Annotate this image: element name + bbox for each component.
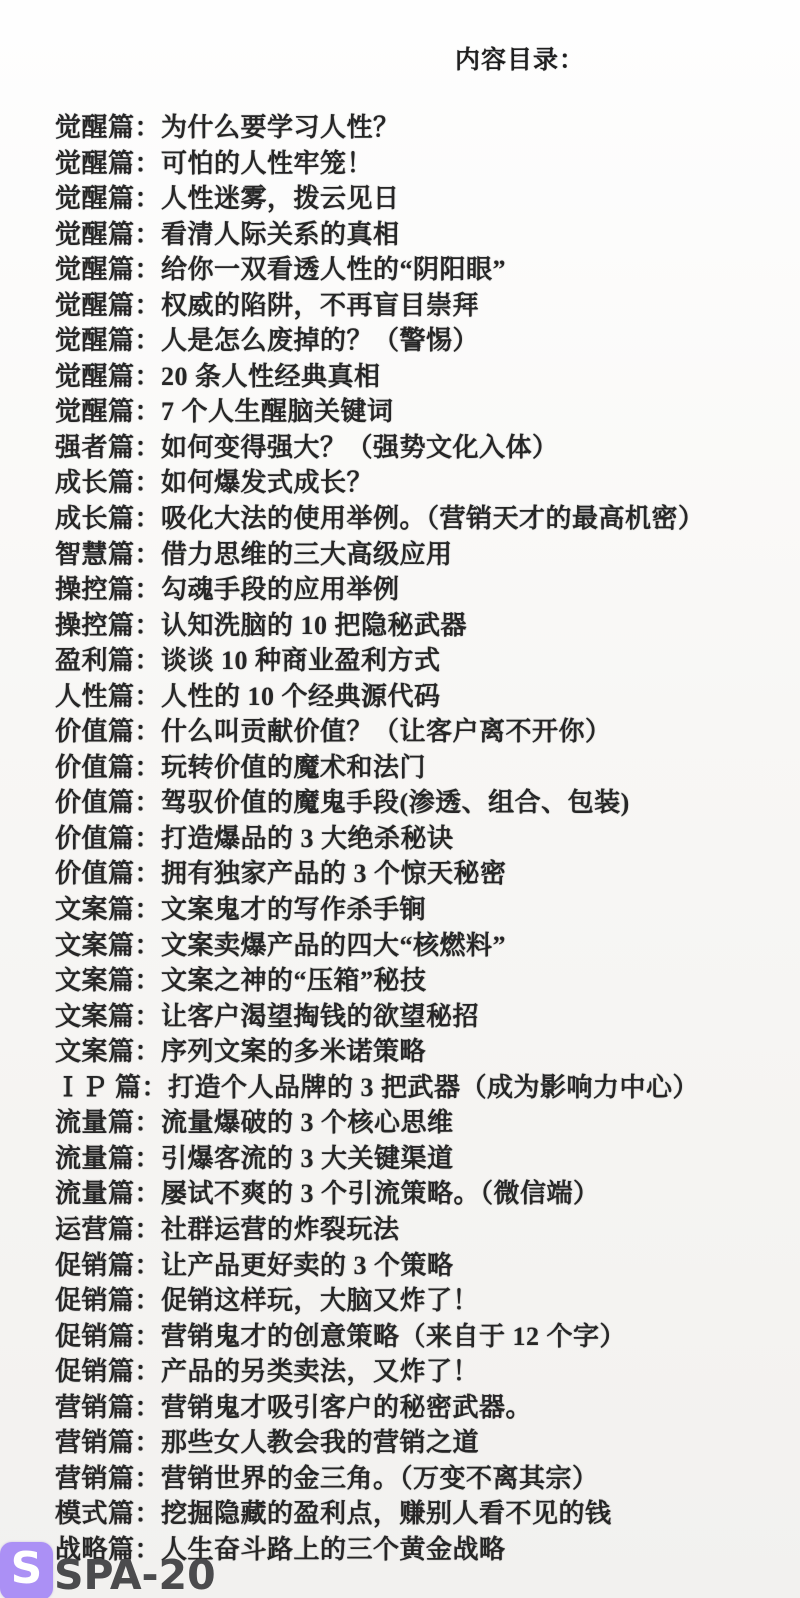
toc-entry: 文案篇：让客户渴望掏钱的欲望秘招 — [55, 999, 790, 1035]
toc-entry: 文案篇：文案之神的“压箱”秘技 — [55, 963, 790, 999]
toc-entry: 操控篇：认知洗脑的 10 把隐秘武器 — [55, 608, 790, 644]
toc-entry: 人性篇：人性的 10 个经典源代码 — [55, 679, 790, 715]
toc-entry: 促销篇：让产品更好卖的 3 个策略 — [55, 1248, 790, 1284]
toc-entry: 促销篇：产品的另类卖法，又炸了！ — [55, 1354, 790, 1390]
toc-entry: 流量篇：流量爆破的 3 个核心思维 — [55, 1105, 790, 1141]
toc-entry: 操控篇：勾魂手段的应用举例 — [55, 572, 790, 608]
toc-entry: 觉醒篇：看清人际关系的真相 — [55, 217, 790, 253]
s-logo-icon: S — [0, 1542, 53, 1598]
toc-entry: 促销篇：营销鬼才的创意策略（来自于 12 个字） — [55, 1319, 790, 1355]
s-logo-letter: S — [11, 1547, 43, 1591]
watermark-label: SPA-20 — [54, 1555, 216, 1596]
toc-entry: ＩＰ 篇：打造个人品牌的 3 把武器（成为影响力中心） — [55, 1070, 790, 1106]
watermark: S SPA-20 — [0, 1538, 300, 1598]
toc-entry: 强者篇：如何变得强大？（强势文化入体） — [55, 430, 790, 466]
toc-entry: 盈利篇：谈谈 10 种商业盈利方式 — [55, 643, 790, 679]
toc-entry: 价值篇：驾驭价值的魔鬼手段(渗透、组合、包装) — [55, 785, 790, 821]
toc-entry: 流量篇：引爆客流的 3 大关键渠道 — [55, 1141, 790, 1177]
toc-entry: 觉醒篇：人性迷雾，拨云见日 — [55, 181, 790, 217]
toc-entry: 价值篇：拥有独家产品的 3 个惊天秘密 — [55, 856, 790, 892]
toc-entry: 营销篇：营销世界的金三角。（万变不离其宗） — [55, 1461, 790, 1497]
toc-entry: 运营篇：社群运营的炸裂玩法 — [55, 1212, 790, 1248]
toc-entry: 文案篇：序列文案的多米诺策略 — [55, 1034, 790, 1070]
toc-entry: 觉醒篇：为什么要学习人性？ — [55, 110, 790, 146]
toc-entry: 文案篇：文案鬼才的写作杀手锏 — [55, 892, 790, 928]
toc-entry: 价值篇：打造爆品的 3 大绝杀秘诀 — [55, 821, 790, 857]
toc-entry: 流量篇：屡试不爽的 3 个引流策略。（微信端） — [55, 1176, 790, 1212]
toc-entry: 促销篇：促销这样玩，大脑又炸了！ — [55, 1283, 790, 1319]
toc-entry: 觉醒篇：人是怎么废掉的？（警惕） — [55, 323, 790, 359]
toc-entry: 成长篇：如何爆发式成长？ — [55, 465, 790, 501]
toc-entry: 价值篇：玩转价值的魔术和法门 — [55, 750, 790, 786]
toc-entry: 觉醒篇：可怕的人性牢笼！ — [55, 146, 790, 182]
toc-entry: 营销篇：那些女人教会我的营销之道 — [55, 1425, 790, 1461]
toc-entry: 成长篇：吸化大法的使用举例。（营销天才的最高机密） — [55, 501, 790, 537]
toc-entry: 价值篇：什么叫贡献价值？（让客户离不开你） — [55, 714, 790, 750]
toc-entry: 模式篇：挖掘隐藏的盈利点，赚别人看不见的钱 — [55, 1496, 790, 1532]
toc-entry: 觉醒篇：给你一双看透人性的“阴阳眼” — [55, 252, 790, 288]
toc-entry: 文案篇：文案卖爆产品的四大“核燃料” — [55, 928, 790, 964]
toc-entry: 觉醒篇：7 个人生醒脑关键词 — [55, 394, 790, 430]
toc-list: 觉醒篇：为什么要学习人性？觉醒篇：可怕的人性牢笼！觉醒篇：人性迷雾，拨云见日觉醒… — [55, 110, 790, 1567]
toc-entry: 觉醒篇：权威的陷阱，不再盲目崇拜 — [55, 288, 790, 324]
toc-entry: 觉醒篇：20 条人性经典真相 — [55, 359, 790, 395]
toc-entry: 营销篇：营销鬼才吸引客户的秘密武器。 — [55, 1390, 790, 1426]
toc-entry: 智慧篇：借力思维的三大高级应用 — [55, 537, 790, 573]
page-title: 内容目录： — [455, 40, 585, 76]
